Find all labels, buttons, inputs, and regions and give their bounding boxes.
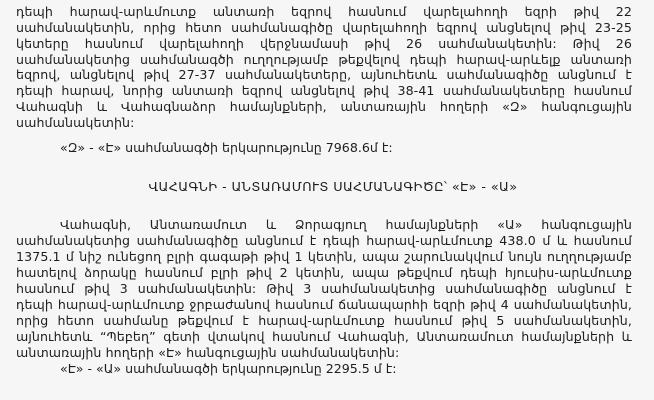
text-line: եզրով, անցնելով թիվ 27-37 սահմանակետերը,… — [16, 67, 632, 83]
text-line: դեպի հարավ-արևմուտք ջրբաժանով հասնում ճա… — [16, 297, 632, 313]
text-line: դեպի հարավ, նորից անտառի եզրով անցնելով … — [16, 83, 632, 99]
text-line: դեպի հարավ-արևմուտք անտառի եզրով հասնում… — [16, 4, 632, 20]
text-line: 1375.1 մ նիշ ունեցող բլրի գագաթի թիվ 1 կ… — [16, 249, 632, 265]
section-title: ՎԱՀԱԳՆԻ - ԱՆՏԱՌԱՄՈՒՏ ՍԱՀՄԱՆԱԳԻԾԸ՝ «Է» - … — [0, 180, 654, 196]
text-line: հատելով ձորակը հասնում բլրի թիվ 2 կետին,… — [16, 265, 632, 281]
boundary-length-z-e: «Զ» - «Է» սահմանագծի երկարությունը 7968.… — [60, 140, 393, 156]
text-line: Վահագնի, Անտառամուտ և Ձորագյուղ համայնքն… — [60, 217, 632, 233]
text-line: այնուհետև “Պեբեղ” գետի վտակով հասնում Վա… — [16, 329, 632, 345]
text-line: որից հետո սահմանը թեքվում է հարավ-արևմու… — [16, 313, 632, 329]
text-line: սահմանակետից սահմանագիծը անցնում է դեպի … — [16, 233, 632, 249]
text-line: սահմանակետին: — [16, 115, 632, 131]
text-line: Վահագնի և Վահագնաձոր համայնքների, անտառա… — [16, 99, 632, 115]
text-line: կետերը հասնում վարելահողի վերջնամասի թիվ… — [16, 36, 632, 52]
text-line: հասնում թիվ 3 սահմանակետին: Թիվ 3 սահման… — [16, 281, 632, 297]
document-page: դեպի հարավ-արևմուտք անտառի եզրով հասնում… — [0, 0, 654, 400]
text-line: անտառային հողերի «Է» հանգուցային սահմանա… — [16, 345, 632, 361]
boundary-length-e-a: «Է» - «Ա» սահմանագծի երկարությունը 2295.… — [60, 361, 397, 377]
text-line: սահմանակետից սահմանագծի ուղղությամբ թեքվ… — [16, 52, 632, 68]
text-line: սահմանակետին, որից հետո սահմանագիծը վարե… — [16, 20, 632, 36]
